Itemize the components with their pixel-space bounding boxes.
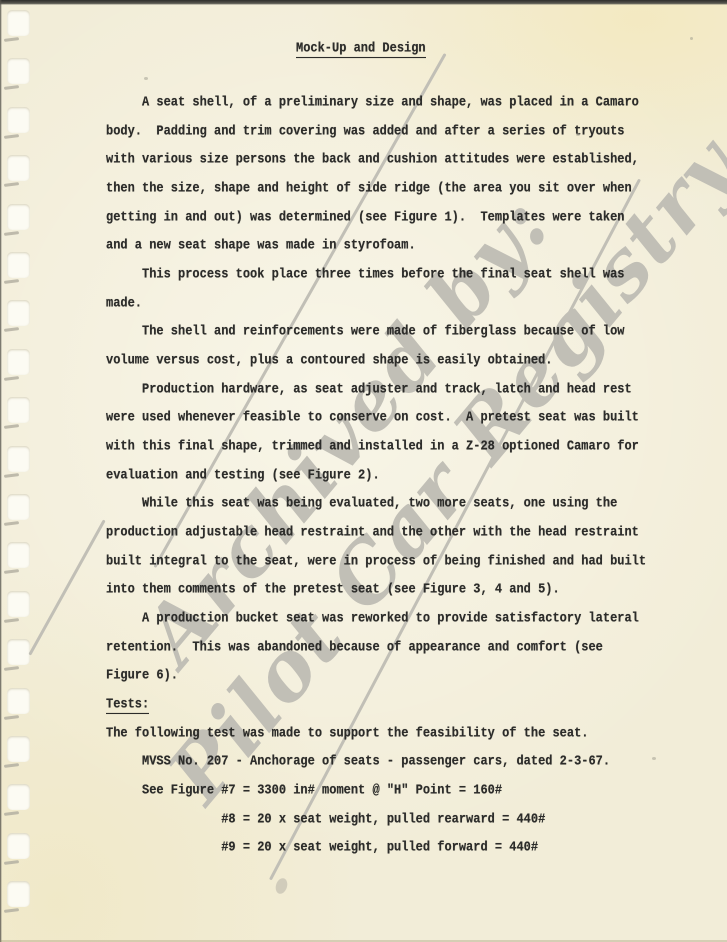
binding-hole-shadow — [4, 860, 19, 865]
binding-hole-shadow — [4, 521, 19, 526]
binding-hole-shadow — [4, 182, 19, 187]
binding-hole-shadow — [4, 715, 19, 720]
text-line: Tests: — [106, 688, 686, 720]
binding-hole — [7, 494, 30, 520]
scan-speck — [576, 133, 580, 136]
text-line: made. — [106, 287, 686, 319]
binding-hole-shadow — [4, 279, 19, 284]
binding-hole — [7, 300, 30, 326]
binding-hole — [7, 349, 30, 375]
text-line: production adjustable head restraint and… — [106, 516, 686, 548]
body-text: A seat shell, of a preliminary size and … — [106, 88, 686, 862]
binding-hole — [7, 688, 30, 714]
binding-hole-shadow — [4, 134, 19, 139]
binding-hole — [7, 204, 30, 230]
text-line: and a new seat shape was made in styrofo… — [106, 230, 686, 262]
text-line: #9 = 20 x seat weight, pulled forward = … — [106, 832, 686, 864]
text-line: Figure 6). — [106, 660, 686, 692]
text-line: with this final shape, trimmed and insta… — [106, 430, 686, 462]
binding-hole — [7, 58, 30, 84]
scanned-document-page: Archived by: Pilot Car Registry Mock-Up … — [0, 0, 727, 942]
binding-hole — [7, 784, 30, 810]
binding-hole-shadow — [4, 618, 19, 623]
text-line: with various size persons the back and c… — [106, 144, 686, 176]
binding-hole-shadow — [4, 666, 19, 671]
text-line: getting in and out) was determined (see … — [106, 201, 686, 233]
scan-speck — [144, 77, 148, 80]
watermark-slash — [28, 519, 105, 655]
text-line: This process took place three times befo… — [106, 258, 686, 290]
text-line: While this seat was being evaluated, two… — [106, 488, 686, 520]
text-line: The shell and reinforcements were made o… — [106, 316, 686, 348]
text-line: A seat shell, of a preliminary size and … — [106, 86, 686, 118]
scan-edge-top — [0, 0, 727, 5]
scan-speck — [652, 757, 656, 760]
text-line: See Figure #7 = 3300 in# moment @ "H" Po… — [106, 774, 686, 806]
binding-hole-shadow — [4, 231, 19, 236]
page-title: Mock-Up and Design — [296, 40, 426, 56]
binding-hole-shadow — [4, 569, 19, 574]
binding-hole — [7, 591, 30, 617]
binding-hole — [7, 10, 30, 36]
binding-hole — [7, 736, 30, 762]
scan-smudge — [274, 877, 289, 896]
binding-hole — [7, 881, 30, 907]
binding-hole — [7, 107, 30, 133]
binding-hole-shadow — [4, 37, 19, 42]
scan-speck — [690, 37, 693, 40]
binding-hole — [7, 397, 30, 423]
binding-hole-shadow — [4, 327, 19, 332]
binding-hole-shadow — [4, 763, 19, 768]
text-line: into them comments of the pretest seat (… — [106, 574, 686, 606]
binding-hole — [7, 639, 30, 665]
text-line: body. Padding and trim covering was adde… — [106, 115, 686, 147]
binding-hole-shadow — [4, 811, 19, 816]
binding-hole — [7, 542, 30, 568]
binding-hole — [7, 155, 30, 181]
binding-hole-shadow — [4, 85, 19, 90]
text-line: then the size, shape and height of side … — [106, 172, 686, 204]
text-line: A production bucket seat was reworked to… — [106, 602, 686, 634]
binding-hole-shadow — [4, 424, 19, 429]
text-line: were used whenever feasible to conserve … — [106, 402, 686, 434]
scan-edge-left — [0, 0, 2, 942]
text-line: volume versus cost, plus a contoured sha… — [106, 344, 686, 376]
binding-hole-shadow — [4, 473, 19, 478]
binding-hole — [7, 446, 30, 472]
binding-hole — [7, 252, 30, 278]
text-line: MVSS No. 207 - Anchorage of seats - pass… — [106, 746, 686, 778]
binding-hole-shadow — [4, 376, 19, 381]
binding-hole-shadow — [4, 908, 19, 913]
binding-hole — [7, 833, 30, 859]
